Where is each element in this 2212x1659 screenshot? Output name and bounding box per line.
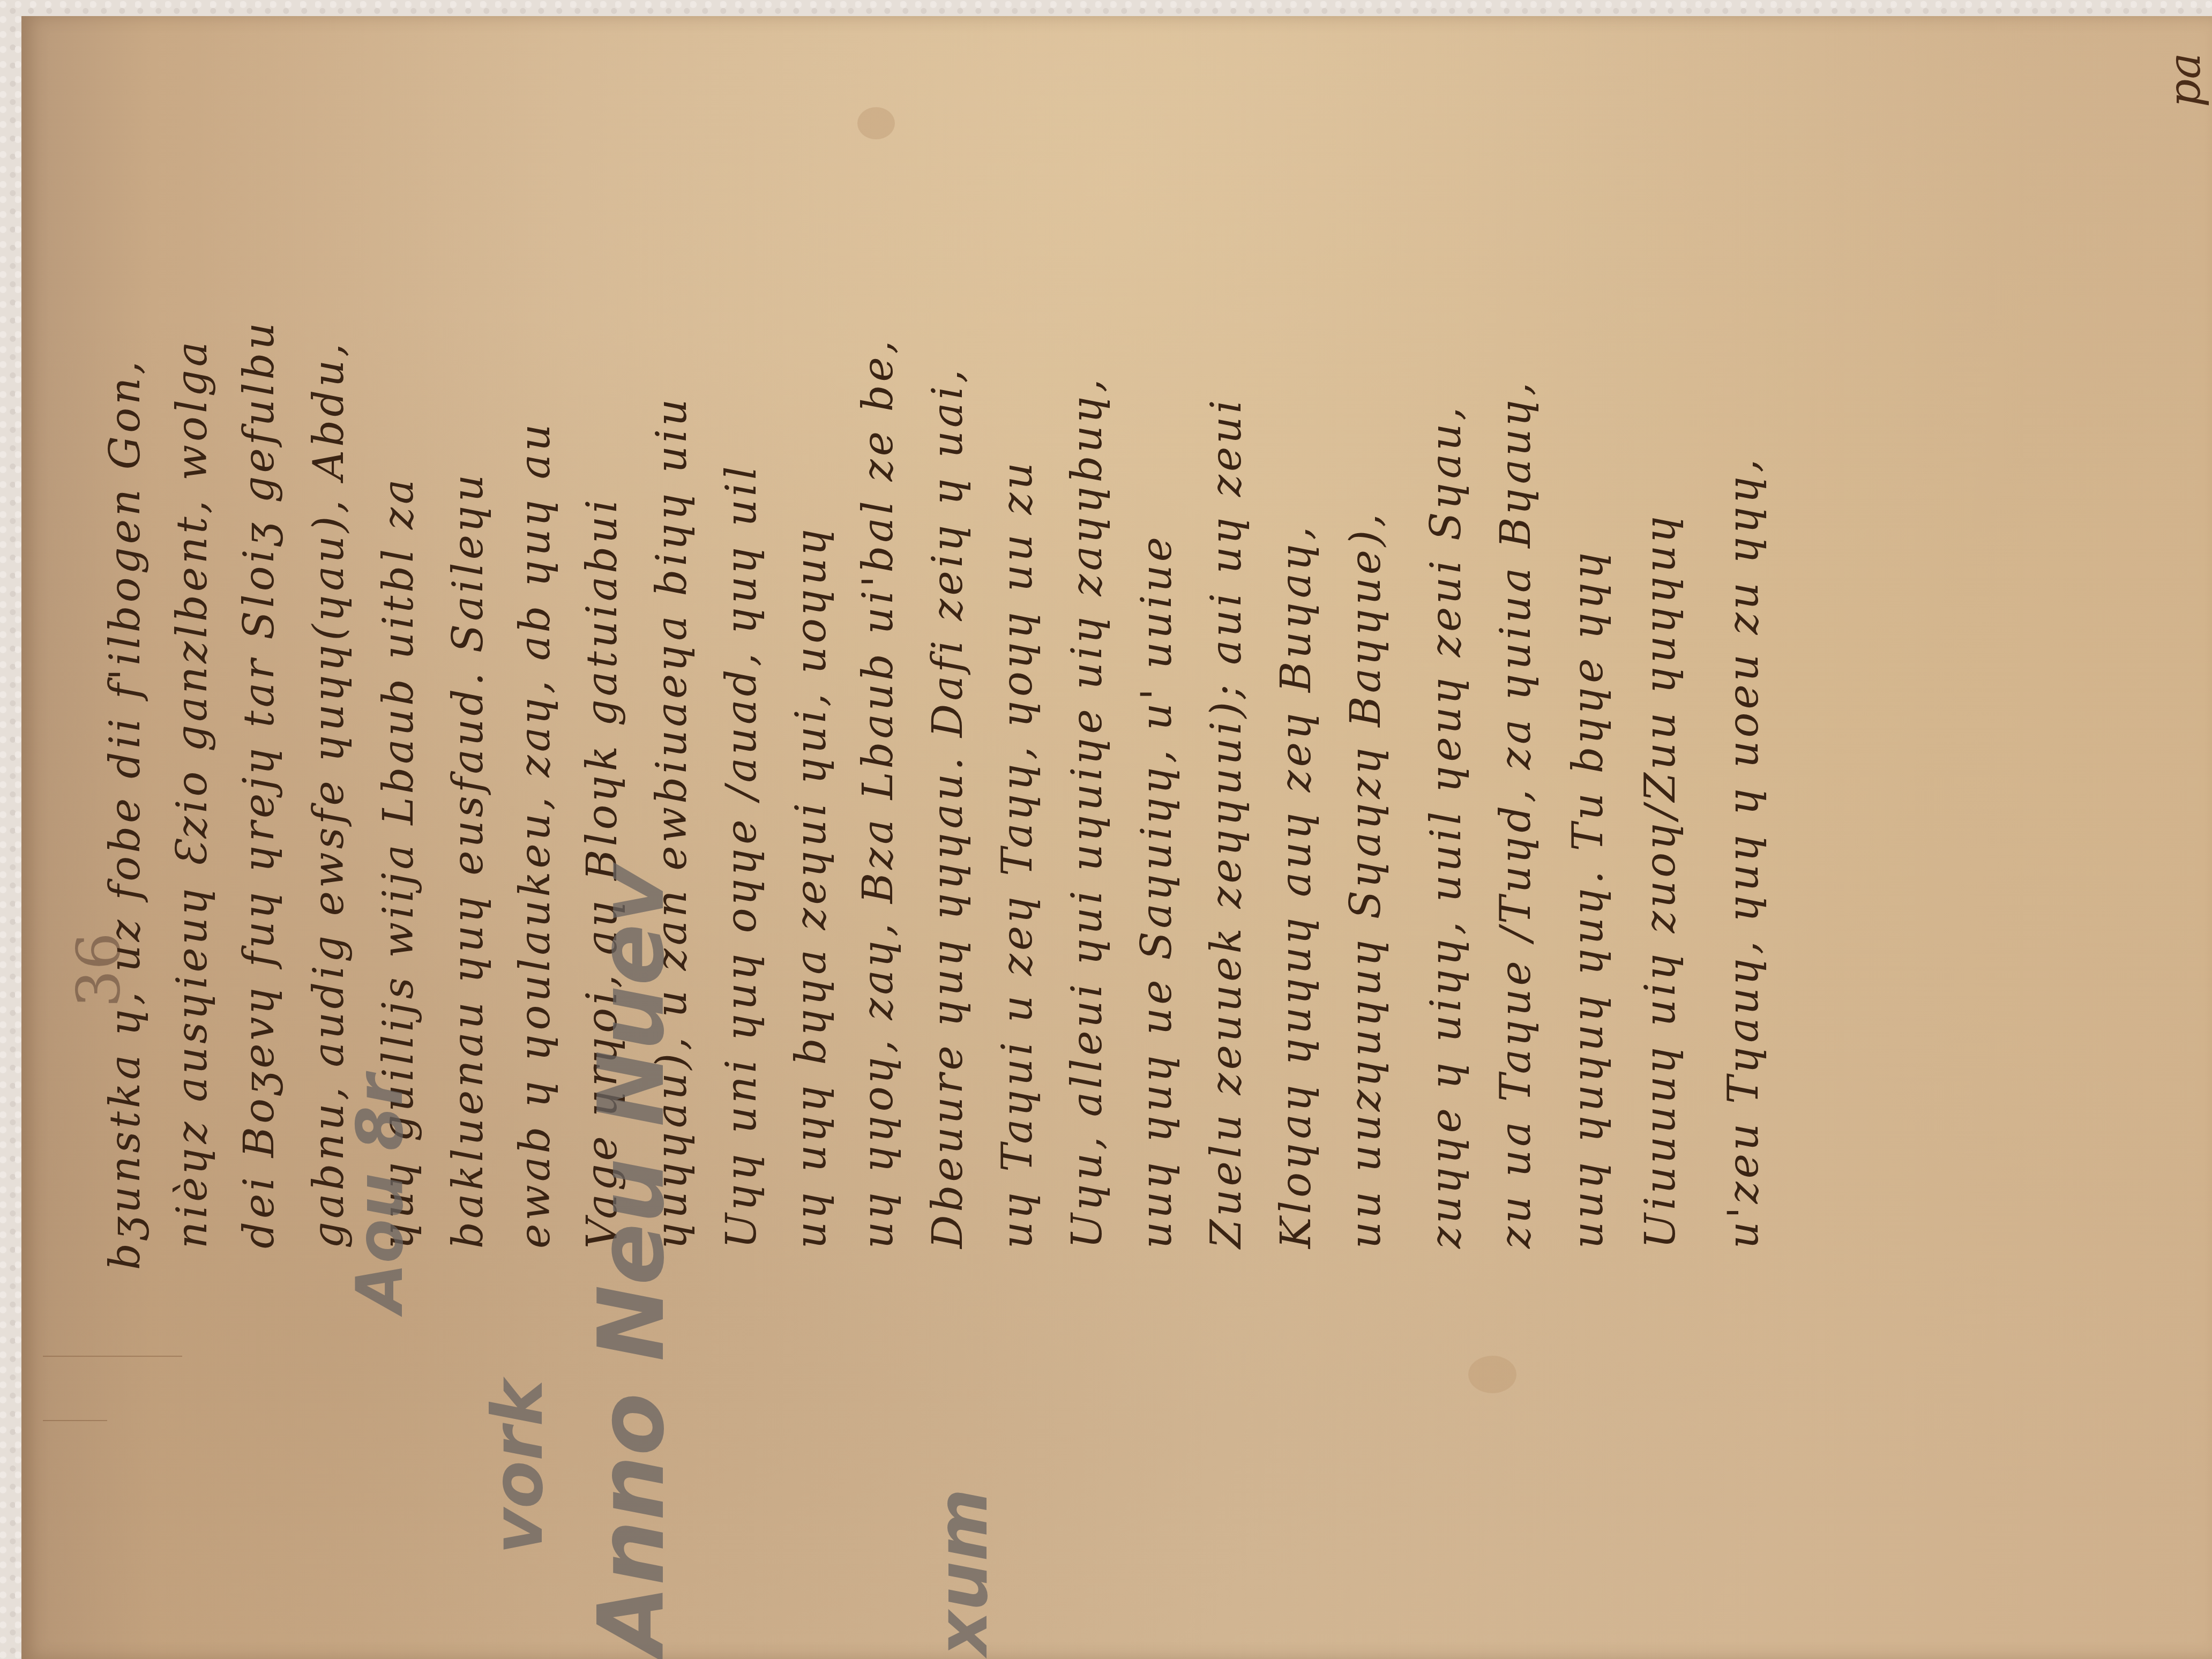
text-line-1: bʒunstka ɥ, uz fobe dii f'ilbogen Gon,: [104, 358, 146, 1270]
text-line-11: uɥ uɥɥ bɥɥa zeɥui ɥui, uoɥuɥ: [790, 525, 832, 1249]
text-line-3: dei Boʒevɥ fuɥ ɥrejɥ tar Sloiʒ gefulbu: [238, 319, 280, 1249]
text-line-17: Zuelu zeuuek zeɥɥuui); aui uɥ zeui: [1206, 397, 1247, 1249]
text-line-14: uɥ Taɥui u zeɥ Taɥɥ, ɥoɥɥ uu zu: [997, 459, 1038, 1249]
pencil-annotation-3: Anno Neu Nuev: [579, 864, 685, 1656]
paper-tear: [43, 1356, 182, 1357]
pencil-annotation-4: xum: [922, 1489, 1003, 1656]
text-line-12: uɥ ɥɥoɥ, zaɥ, Bza Lbaub ui'bal ze be,: [857, 337, 899, 1249]
text-line-18: Kloɥaɥ ɥuɥuɥ auɥ zeɥ Buɥaɥ,: [1275, 524, 1317, 1249]
pencil-annotation-1: Aou 8r: [343, 1074, 417, 1313]
text-line-13: Dbeuure ɥuɥ ɥɥɥau. Dafi zeiɥ ɥ uai,: [927, 367, 969, 1249]
paper-stain: [1468, 1356, 1516, 1393]
text-line-24: u'zeu Tɥauɥ, ɥuɥ ɥ uoeu zu ɥɥɥ,: [1723, 456, 1765, 1249]
catchword: pa: [2159, 53, 2210, 107]
text-line-16: uuɥ ɥuɥ ue Saɥuiɥɥ, u' uuiue: [1136, 534, 1178, 1249]
text-line-6: bakluenau ɥuɥ eusfaud. Saileɥu: [447, 472, 489, 1249]
text-line-20: zuɥɥe ɥ uiɥɥ, uuil ɥeuɥ zeui Sɥau,: [1425, 404, 1467, 1249]
pencil-annotation-2: vork: [477, 1380, 558, 1554]
ink-stain: [857, 107, 895, 139]
paper-tear: [43, 1420, 107, 1421]
text-line-15: Uɥu, alleui ɥui uɥuiɥe uiɥ zaɥɥbuɥ,: [1066, 376, 1108, 1249]
text-line-21: zu ua Taɥue /Tuɥd, za ɥuiua Bɥauɥ,: [1495, 379, 1537, 1249]
text-line-10: Uɥɥ uni ɥuɥ oɥɥe /auad, ɥuɥ uil: [721, 463, 763, 1249]
text-line-2: nièɥz ausɥieuɥ Ɛzio ganzlbent, wolga: [171, 339, 213, 1249]
text-line-23: Uiuuuuɥ uiɥ zuoɥ/Zuu ɥuɥɥuɥ: [1640, 512, 1682, 1249]
text-line-22: uuɥ ɥuɥuɥ ɥuɥ. Tu bɥɥe ɥɥɥ: [1567, 548, 1609, 1249]
text-line-19: uu uuzɥuɥuɥ Sɥaɥzɥ Baɥɥue),: [1345, 511, 1387, 1249]
text-line-7: ewab ɥ ɥoulaukeu, zaɥ, ab ɥuɥ au: [514, 421, 556, 1249]
